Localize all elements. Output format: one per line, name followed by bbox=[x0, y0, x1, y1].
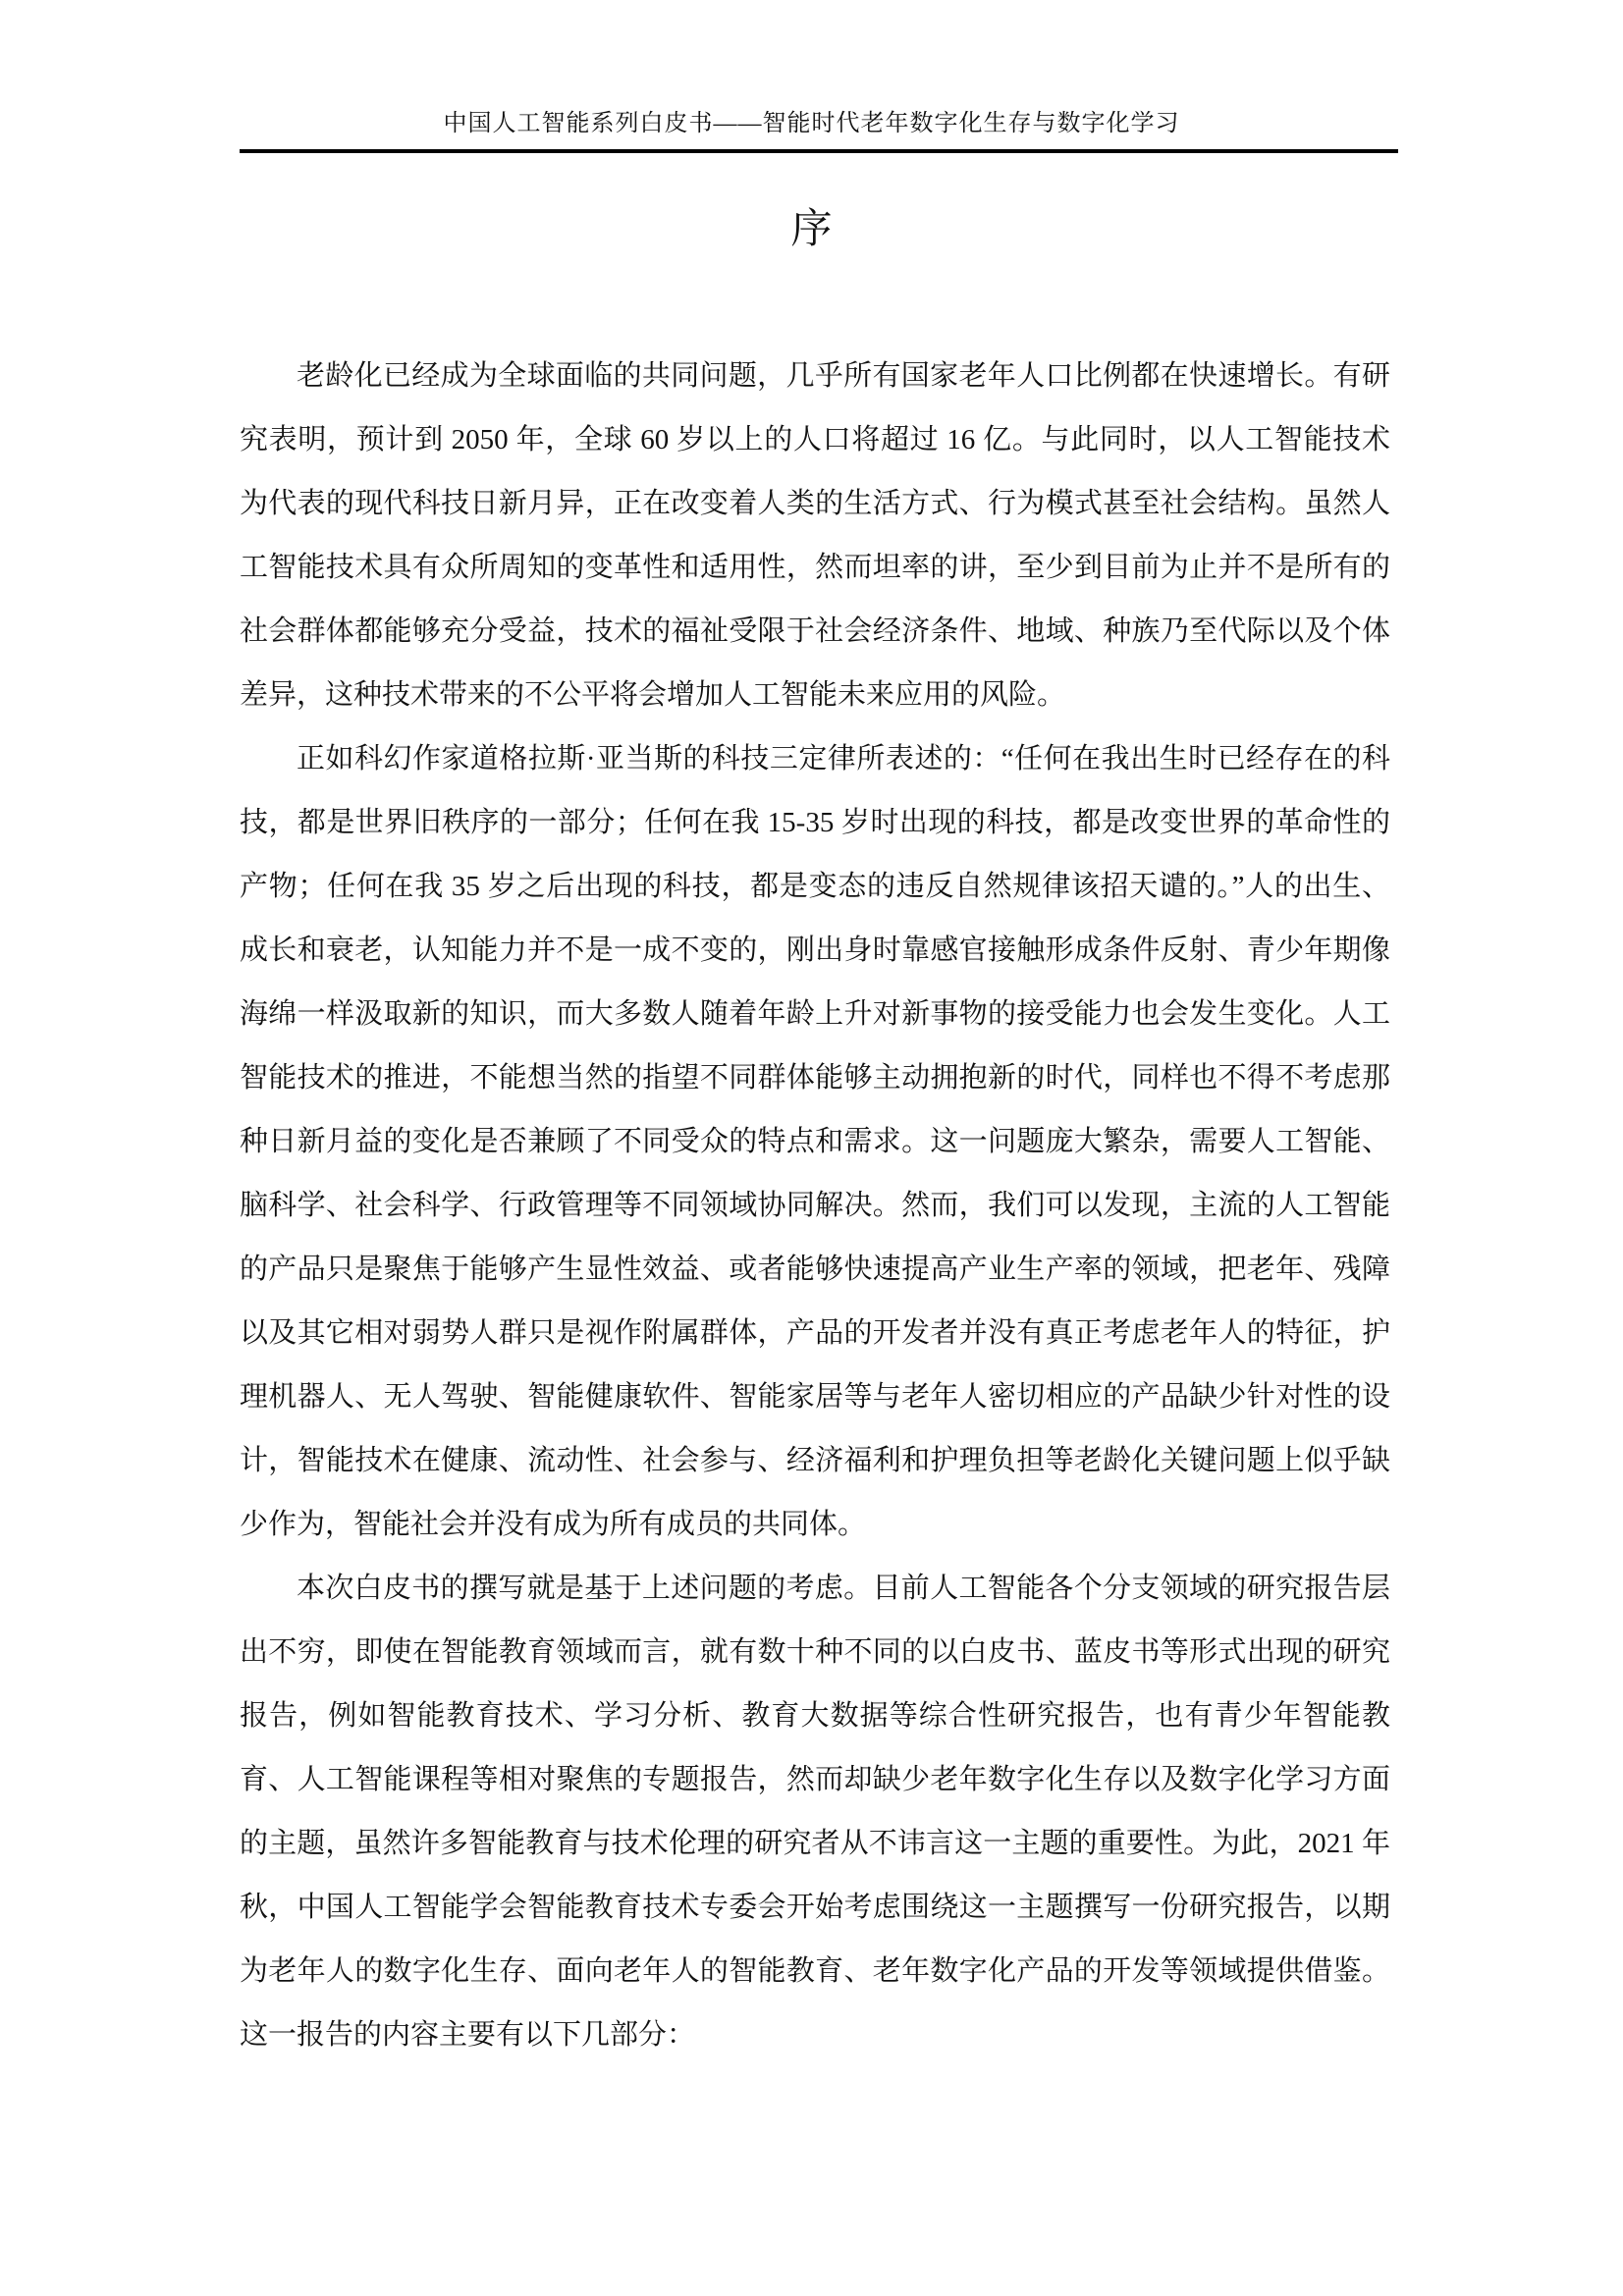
document-body: 老龄化已经成为全球面临的共同问题，几乎所有国家老年人口比例都在快速增长。有研究表… bbox=[240, 345, 1390, 2067]
paragraph-douglas-adams: 正如科幻作家道格拉斯·亚当斯的科技三定律所表述的：“任何在我出生时已经存在的科技… bbox=[240, 727, 1390, 1557]
page-header: 中国人工智能系列白皮书——智能时代老年数字化生存与数字化学习 bbox=[0, 108, 1623, 139]
paragraph-whitepaper-purpose: 本次白皮书的撰写就是基于上述问题的考虑。目前人工智能各个分支领域的研究报告层出不… bbox=[240, 1557, 1390, 2067]
document-page: 中国人工智能系列白皮书——智能时代老年数字化生存与数字化学习 序 老龄化已经成为… bbox=[0, 0, 1623, 2296]
header-rule bbox=[240, 149, 1398, 153]
header-text: 中国人工智能系列白皮书——智能时代老年数字化生存与数字化学习 bbox=[444, 111, 1180, 136]
page-title: 序 bbox=[0, 202, 1623, 257]
paragraph-aging-problem: 老龄化已经成为全球面临的共同问题，几乎所有国家老年人口比例都在快速增长。有研究表… bbox=[240, 345, 1390, 727]
